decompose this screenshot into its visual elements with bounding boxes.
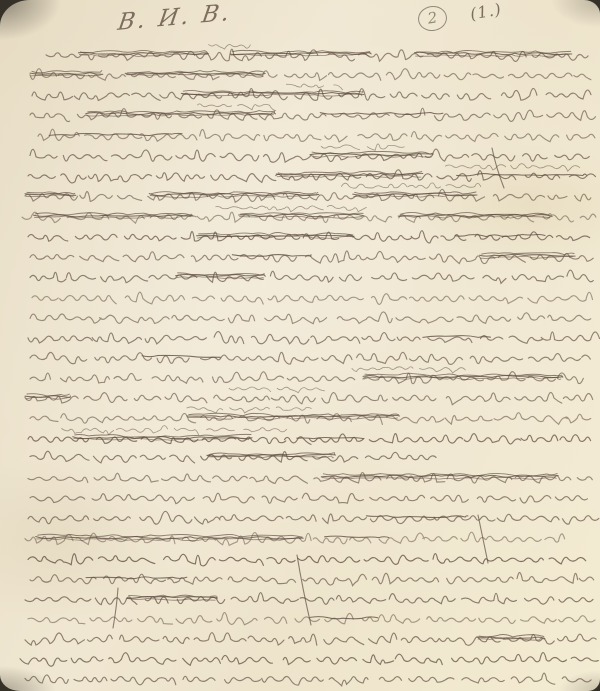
- handwriting-line: [28, 511, 599, 524]
- interlinear-insertion: [229, 387, 324, 393]
- handwriting-line: [28, 613, 595, 625]
- cancellation-slash: [297, 555, 311, 625]
- handwriting-line: [32, 88, 591, 100]
- strikethrough-mark: [400, 212, 551, 215]
- handwriting-lines: [0, 0, 600, 691]
- interlinear-insertion: [341, 183, 480, 188]
- strikethrough-mark: [457, 174, 587, 176]
- handwriting-line: [30, 270, 593, 283]
- handwriting-line: [32, 292, 593, 304]
- handwriting-line: [30, 451, 436, 463]
- handwriting-line: [28, 332, 600, 345]
- strikethrough-mark: [74, 438, 250, 440]
- handwriting-line: [30, 352, 590, 364]
- handwriting-line: [30, 372, 583, 384]
- interlinear-insertion: [209, 45, 251, 50]
- handwriting-line: [30, 149, 589, 162]
- strikethrough-mark: [86, 577, 187, 579]
- strikethrough-mark: [26, 195, 74, 197]
- interlinear-insertion: [321, 144, 404, 150]
- manuscript-page: В. И. В. 2 (1.): [0, 0, 600, 691]
- strikethrough-mark: [49, 133, 182, 135]
- strikethrough-mark: [129, 595, 216, 597]
- interlinear-insertion: [197, 104, 275, 111]
- strikethrough-mark: [27, 394, 69, 396]
- strikethrough-mark: [366, 516, 468, 518]
- strikethrough-mark: [455, 234, 545, 236]
- handwriting-line: [25, 392, 593, 404]
- strikethrough-mark: [149, 193, 318, 195]
- handwriting-line: [30, 312, 591, 324]
- strikethrough-mark: [178, 273, 265, 275]
- strikethrough-mark: [32, 71, 102, 73]
- handwriting-line: [20, 653, 598, 667]
- handwriting-line: [38, 129, 595, 142]
- handwriting-line: [30, 493, 587, 504]
- interlinear-insertion: [352, 367, 466, 373]
- handwriting-line: [28, 434, 591, 445]
- cancellation-slash: [492, 148, 504, 188]
- strikethrough-mark: [480, 254, 575, 256]
- handwriting-line: [30, 413, 591, 425]
- handwriting-line: [28, 554, 586, 566]
- interlinear-insertion: [445, 164, 579, 172]
- handwriting-line: [30, 69, 591, 81]
- strikethrough-mark: [325, 536, 389, 537]
- interlinear-insertion: [216, 205, 366, 211]
- strikethrough-mark: [31, 75, 101, 76]
- handwriting-line: [30, 572, 594, 585]
- interlinear-insertion: [62, 426, 287, 435]
- interlinear-insertion: [187, 407, 311, 413]
- strikethrough-mark: [142, 355, 220, 357]
- handwriting-line: [25, 593, 593, 605]
- strikethrough-mark: [482, 253, 574, 255]
- handwriting-line: [25, 673, 591, 686]
- cancellation-slash: [113, 588, 118, 628]
- strikethrough-mark: [311, 155, 431, 157]
- interlinear-insertion: [286, 84, 342, 90]
- handwriting-line: [30, 108, 596, 121]
- manuscript-photo: В. И. В. 2 (1.): [0, 0, 600, 691]
- strikethrough-mark: [128, 599, 215, 601]
